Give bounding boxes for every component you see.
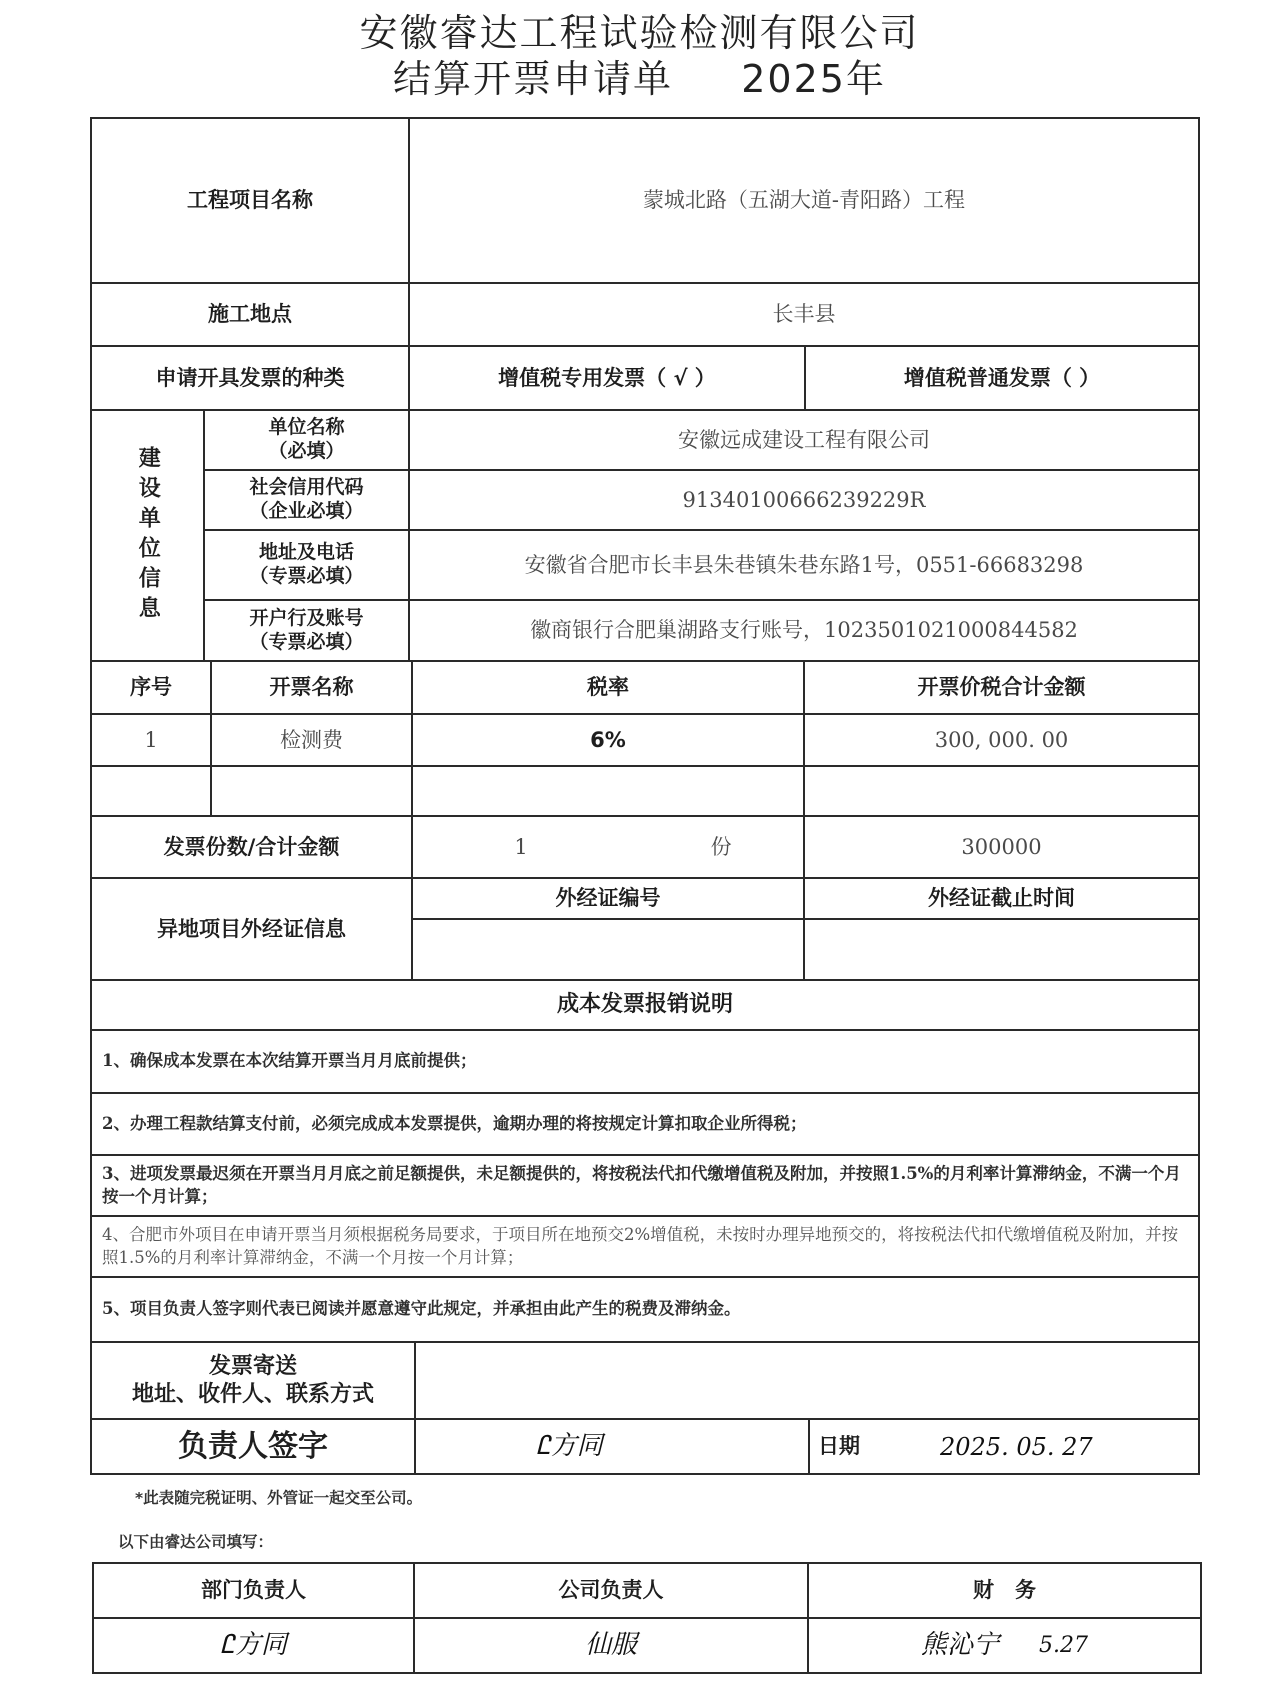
form-title: 结算开票申请单 — [393, 57, 673, 101]
col-header-tax-rate: 税率 — [413, 662, 803, 713]
internal-intro: 以下由睿达公司填写： — [118, 1530, 618, 1554]
site-value[interactable]: 长丰县 — [410, 284, 1198, 345]
delivery-label: 发票寄送 地址、收件人、联系方式 — [92, 1343, 414, 1418]
field-sublabel: （专票必填） — [249, 631, 363, 655]
rule — [90, 1473, 1200, 1475]
dept-head-label: 部门负责人 — [94, 1564, 413, 1617]
field-label: 单位名称 — [268, 416, 344, 440]
company-head-label: 公司负责人 — [415, 1564, 807, 1617]
invoice-type-special-checkbox[interactable]: 增值税专用发票（ √ ） — [410, 347, 804, 409]
finance-signature-field[interactable]: 熊沁宁 5.27 — [809, 1619, 1200, 1672]
site-label: 施工地点 — [92, 284, 408, 345]
total-amount-value[interactable]: 300000 — [805, 817, 1198, 877]
project-name-value[interactable]: 蒙城北路（五湖大道-青阳路）工程 — [410, 119, 1198, 282]
col-header-amount: 开票价税合计金额 — [805, 662, 1198, 713]
company-title: 安徽睿达工程试验检测有限公司 — [0, 2, 1279, 52]
field-sublabel: （企业必填） — [249, 500, 363, 524]
company-head-signature[interactable]: 仙服 — [415, 1619, 807, 1672]
invoice-type-ordinary-checkbox[interactable]: 增值税普通发票（ ） — [806, 347, 1198, 409]
delivery-field[interactable] — [416, 1343, 1198, 1418]
col-header-seq: 序号 — [92, 662, 210, 713]
form-title-row: 结算开票申请单 2025年 — [0, 48, 1279, 98]
credit-code-value[interactable]: 91340100666239229R — [410, 471, 1198, 529]
project-name-label: 工程项目名称 — [92, 119, 408, 282]
cert-expiry-label: 外经证截止时间 — [805, 879, 1198, 918]
cert-expiry-field[interactable] — [805, 920, 1198, 979]
row1-item-name[interactable]: 检测费 — [212, 715, 411, 765]
invoice-type-label: 申请开具发票的种类 — [92, 347, 408, 409]
finance-date: 5.27 — [1039, 1632, 1088, 1660]
notes-title: 成本发票报销说明 — [92, 981, 1198, 1029]
out-of-area-label: 异地项目外经证信息 — [92, 879, 411, 979]
delivery-label-line1: 发票寄送 — [209, 1353, 297, 1381]
row2-tax-rate[interactable] — [413, 767, 803, 815]
note-item-1: 1、确保成本发票在本次结算开票当月月底前提供； — [102, 1031, 1192, 1092]
finance-signature: 熊沁宁 — [921, 1629, 999, 1662]
delivery-label-line2: 地址、收件人、联系方式 — [132, 1381, 374, 1409]
field-sublabel: （必填） — [268, 440, 344, 464]
row1-amount[interactable]: 300, 000. 00 — [805, 715, 1198, 765]
note-item-4: 4、合肥市外项目在申请开票当月须根据税务局要求，于项目所在地预交2%增值税，未按… — [102, 1217, 1192, 1276]
client-name-label: 单位名称 （必填） — [205, 411, 408, 469]
row1-tax-rate[interactable]: 6% — [413, 715, 803, 765]
row2-amount[interactable] — [805, 767, 1198, 815]
field-label: 开户行及账号 — [249, 607, 363, 631]
rule — [1200, 1562, 1202, 1672]
cert-no-field[interactable] — [413, 920, 803, 979]
table-border-right — [1198, 117, 1200, 1474]
rule — [92, 1672, 1202, 1674]
finance-label: 财 务 — [809, 1564, 1200, 1617]
invoice-count-field[interactable]: 1 份 — [413, 817, 803, 877]
field-label: 社会信用代码 — [249, 476, 363, 500]
bank-account-label: 开户行及账号 （专票必填） — [205, 601, 408, 660]
note-item-5: 5、项目负责人签字则代表已阅读并愿意遵守此规定，并承担由此产生的税费及滞纳金。 — [102, 1278, 1192, 1341]
date-value: 2025. 05. 27 — [940, 1432, 1093, 1462]
footnote: *此表随完税证明、外管证一起交至公司。 — [135, 1486, 835, 1510]
cert-no-label: 外经证编号 — [413, 879, 803, 918]
field-sublabel: （专票必填） — [249, 565, 363, 589]
invoice-count-unit: 份 — [711, 834, 732, 860]
client-name-value[interactable]: 安徽远成建设工程有限公司 — [410, 411, 1198, 469]
note-item-2: 2、办理工程款结算支付前，必须完成成本发票提供，逾期办理的将按规定计算扣取企业所… — [102, 1094, 1192, 1154]
address-phone-value[interactable]: 安徽省合肥市长丰县朱巷镇朱巷东路1号，0551-66683298 — [410, 531, 1198, 599]
bank-account-value[interactable]: 徽商银行合肥巢湖路支行账号，102350102100084458​2 — [410, 601, 1198, 660]
invoice-count-value: 1 — [514, 834, 527, 860]
field-label: 地址及电话 — [259, 541, 354, 565]
address-phone-label: 地址及电话 （专票必填） — [205, 531, 408, 599]
client-group-label: 建设单位信息 — [92, 411, 203, 660]
row2-item-name[interactable] — [212, 767, 411, 815]
date-label: 日期 — [818, 1433, 860, 1459]
totals-label: 发票份数/合计金额 — [92, 817, 411, 877]
row2-seq[interactable] — [92, 767, 210, 815]
date-field[interactable]: 日期 2025. 05. 27 — [810, 1420, 1198, 1473]
note-item-3: 3、进项发票最迟须在开票当月月底之前足额提供，未足额提供的，将按税法代扣代缴增值… — [102, 1156, 1192, 1215]
dept-head-signature[interactable]: Ꮭ方同 — [94, 1619, 413, 1672]
credit-code-label: 社会信用代码 （企业必填） — [205, 471, 408, 529]
form-year: 2025年 — [741, 57, 886, 101]
responsible-signature[interactable]: Ꮭ方同 — [416, 1420, 808, 1473]
row1-seq[interactable]: 1 — [92, 715, 210, 765]
signature-label: 负责人签字 — [92, 1420, 414, 1473]
col-header-item-name: 开票名称 — [212, 662, 411, 713]
